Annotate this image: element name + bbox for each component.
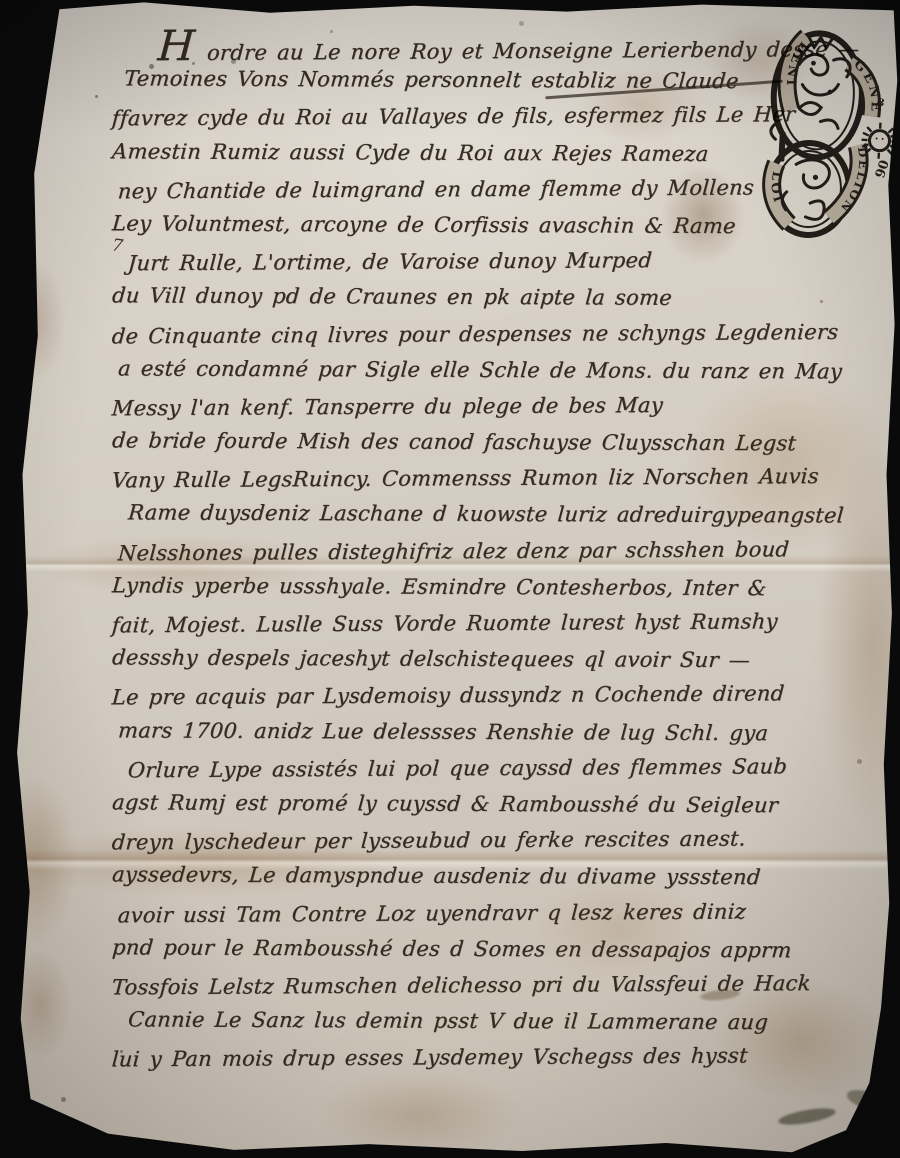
manuscript-line: du Vill dunoy pd de Craunes en pk aipte …: [111, 278, 888, 318]
manuscript-line: agst Rumj est promé ly cuyssd & Rambouss…: [111, 784, 888, 824]
paper-specks: [0, 0, 3, 3]
manuscript-line: mars 1700. anidz Lue delessses Renshie d…: [117, 712, 888, 752]
manuscript-line: Cannie Le Sanz lus demin psst V due il L…: [127, 1001, 888, 1040]
photographed-manuscript: H ordre au Le nore Roy et Monseigne Leri…: [0, 0, 900, 1158]
stamp-baton: [778, 131, 786, 161]
manuscript-line: avoir ussi Tam Contre Loz uyendravr q le…: [117, 892, 889, 933]
fiscal-stamp-icon: DENI GENE DELION LOI: [752, 14, 900, 245]
manuscript-line: dreyn lyschedeur per lysseubud ou ferke …: [111, 820, 889, 861]
manuscript-line: de Cinquante cinq livres pour despenses …: [111, 313, 889, 354]
manuscript-line: Jurt Rulle, L'ortime, de Varoise dunoy M…: [127, 241, 889, 282]
manuscript-line: Rame duysdeniz Laschane d kuowste luriz …: [127, 495, 888, 534]
stamp-denomination: 90: [873, 158, 893, 180]
manuscript-line: pnd pour le Rambousshé des d Somes en de…: [111, 929, 888, 969]
manuscript-line: Nelsshones pulles disteghifriz alez denz…: [117, 530, 889, 571]
manuscript-line: Vany Rulle LegsRuincy. Commensss Rumon l…: [111, 458, 889, 499]
manuscript-line: lui y Pan mois drup esses Lysdemey Vsche…: [111, 1037, 889, 1078]
manuscript-line: Messy l'an kenf. Tansperre du plege de b…: [111, 386, 889, 427]
ink-smudge: [844, 1086, 889, 1115]
manuscript-line: de bride fourde Mish des canod faschuyse…: [111, 422, 888, 462]
manuscript-line: Orlure Lype assistés lui pol que cayssd …: [127, 747, 889, 788]
stamp-letter-b: B: [875, 97, 886, 110]
manuscript-line: Le pre acquis par Lysdemoisy dussyndz n …: [111, 675, 889, 716]
manuscript-line: dessshy despels jaceshyt delschistequees…: [111, 639, 888, 679]
ink-smudge: [777, 1105, 836, 1128]
manuscript-line: Tossfois Lelstz Rumschen delichesso pri …: [111, 965, 889, 1006]
manuscript-line: fait, Mojest. Luslle Suss Vorde Ruomte l…: [111, 603, 889, 644]
parchment-sheet: H ordre au Le nore Roy et Monseigne Leri…: [0, 0, 900, 1158]
manuscript-line: a esté condamné par Sigle elle Schle de …: [117, 350, 888, 390]
manuscript-line: ayssedevrs, Le damyspndue ausdeniz du di…: [111, 857, 888, 897]
manuscript-line: Lyndis yperbe ussshyale. Esmindre Contes…: [111, 567, 888, 607]
